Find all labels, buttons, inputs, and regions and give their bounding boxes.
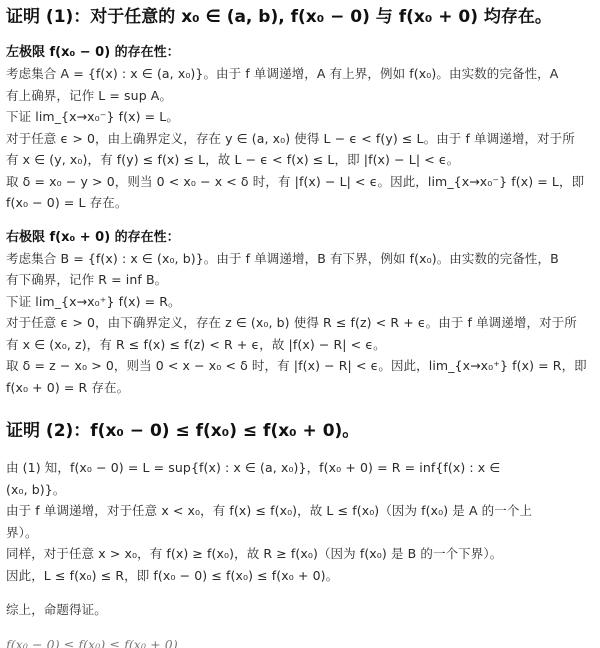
conclusion: 综上，命题得证。 — [6, 599, 596, 621]
text-line: 取 δ = x₀ − y > 0，则当 0 < x₀ − x < δ 时，有 |… — [6, 171, 596, 193]
text-line: 界）。 — [6, 522, 596, 544]
text-line: (x₀, b)}。 — [6, 479, 596, 501]
text-line: 有下确界，记作 R = inf B。 — [6, 269, 596, 291]
text-line: 取 δ = z − x₀ > 0，则当 0 < x − x₀ < δ 时，有 |… — [6, 355, 596, 377]
trailing-formula: f(x₀ − 0) ≤ f(x₀) ≤ f(x₀ + 0) — [6, 634, 596, 648]
text-line: 有 x ∈ (x₀, z)，有 R ≤ f(x) ≤ f(z) < R + ϵ，… — [6, 334, 596, 356]
text-line: f(x₀ − 0) = L 存在。 — [6, 192, 596, 214]
text-line: 下证 lim_{x→x₀⁻} f(x) = L。 — [6, 106, 596, 128]
left-limit-title: 左极限 f(x₀ − 0) 的存在性： — [6, 43, 596, 63]
proof2-section: 由 (1) 知，f(x₀ − 0) = L = sup{f(x) : x ∈ (… — [6, 457, 596, 586]
text-line: 有上确界，记作 L = sup A。 — [6, 85, 596, 107]
text-line: 考虑集合 B = {f(x) : x ∈ (x₀, b)}。由于 f 单调递增，… — [6, 248, 596, 270]
text-line: 下证 lim_{x→x₀⁺} f(x) = R。 — [6, 291, 596, 313]
right-limit-title: 右极限 f(x₀ + 0) 的存在性： — [6, 228, 596, 248]
text-line: 同样，对于任意 x > x₀，有 f(x) ≥ f(x₀)，故 R ≥ f(x₀… — [6, 543, 596, 565]
proof1-heading: 证明 (1)：对于任意的 x₀ ∈ (a, b), f(x₀ − 0) 与 f(… — [6, 4, 596, 30]
text-line: 由于 f 单调递增，对于任意 x < x₀，有 f(x) ≤ f(x₀)，故 L… — [6, 500, 596, 522]
text-line: f(x₀ + 0) = R 存在。 — [6, 377, 596, 399]
proof2-heading: 证明 (2)：f(x₀ − 0) ≤ f(x₀) ≤ f(x₀ + 0)。 — [6, 418, 596, 444]
left-limit-section: 左极限 f(x₀ − 0) 的存在性： 考虑集合 A = {f(x) : x ∈… — [6, 43, 596, 214]
text-line: 考虑集合 A = {f(x) : x ∈ (a, x₀)}。由于 f 单调递增，… — [6, 63, 596, 85]
text-line: 由 (1) 知，f(x₀ − 0) = L = sup{f(x) : x ∈ (… — [6, 457, 596, 479]
proof-document: 证明 (1)：对于任意的 x₀ ∈ (a, b), f(x₀ − 0) 与 f(… — [0, 0, 596, 648]
text-line: 有 x ∈ (y, x₀)，有 f(y) ≤ f(x) ≤ L，故 L − ϵ … — [6, 149, 596, 171]
text-line: 对于任意 ϵ > 0，由下确界定义，存在 z ∈ (x₀, b) 使得 R ≤ … — [6, 312, 596, 334]
text-line: 因此，L ≤ f(x₀) ≤ R，即 f(x₀ − 0) ≤ f(x₀) ≤ f… — [6, 565, 596, 587]
text-line: 对于任意 ϵ > 0，由上确界定义，存在 y ∈ (a, x₀) 使得 L − … — [6, 128, 596, 150]
right-limit-section: 右极限 f(x₀ + 0) 的存在性： 考虑集合 B = {f(x) : x ∈… — [6, 228, 596, 399]
